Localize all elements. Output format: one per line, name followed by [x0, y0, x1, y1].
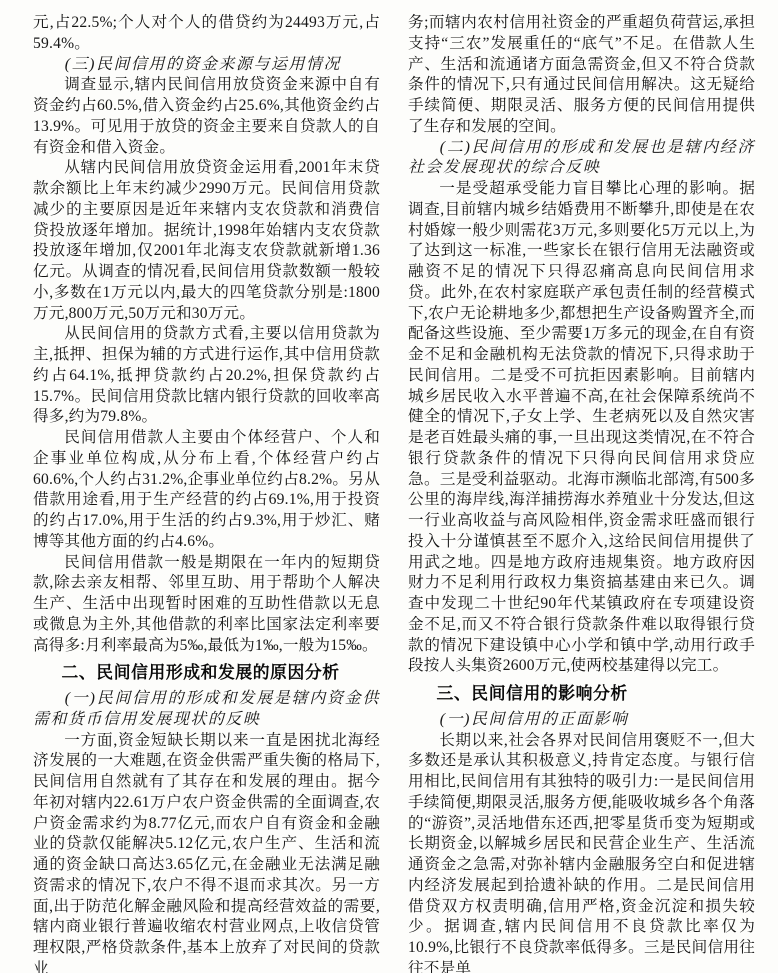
left-column: 元,占22.5%;个人对个人的借贷约为24493万元,占59.4%。 (三)民间… [33, 13, 380, 973]
paragraph: 长期以来,社会各界对民间信用褒贬不一,但大多数还是承认其积极意义,持肯定态度。与… [408, 731, 755, 973]
continued-paragraph: 务;而辖内农村信用社资金的严重超负荷营运,承担支持“三农”发展重任的“底气”不足… [408, 13, 755, 138]
paragraph: 调查显示,辖内民间信用放贷资金来源中自有资金约占60.5%,借入资金约占25.6… [33, 75, 380, 158]
section-heading: 二、民间信用形成和发展的原因分析 [33, 663, 380, 684]
subsection-heading: (一)民间信用的形成和发展是辖内资金供需和货币信用发展现状的反映 [33, 689, 380, 731]
two-column-layout: 元,占22.5%;个人对个人的借贷约为24493万元,占59.4%。 (三)民间… [33, 13, 755, 973]
paragraph: 从辖内民间信用放贷资金运用看,2001年末贷款余额比上年末约减少2990万元。民… [33, 158, 380, 324]
paragraph: 从民间信用的贷款方式看,主要以信用贷款为主,抵押、担保为辅的方式进行运作,其中信… [33, 324, 380, 428]
subsection-heading: (三)民间信用的资金来源与运用情况 [33, 55, 380, 76]
continued-paragraph: 元,占22.5%;个人对个人的借贷约为24493万元,占59.4%。 [33, 13, 380, 55]
paragraph: 民间信用借款一般是期限在一年内的短期贷款,除去亲友相帮、邻里互助、用于帮助个人解… [33, 553, 380, 657]
paragraph: 一方面,资金短缺长期以来一直是困扰北海经济发展的一大难题,在资金供需严重失衡的格… [33, 731, 380, 973]
paragraph: 民间信用借款人主要由个体经营户、个人和企事业单位构成,从分布上看,个体经营户约占… [33, 428, 380, 553]
paragraph: 一是受超承受能力盲目攀比心理的影响。据调查,目前辖内城乡结婚费用不断攀升,即使是… [408, 179, 755, 677]
subsection-heading: (一)民间信用的正面影响 [408, 710, 755, 731]
document-page: 元,占22.5%;个人对个人的借贷约为24493万元,占59.4%。 (三)民间… [0, 0, 778, 973]
section-heading: 三、民间信用的影响分析 [408, 684, 755, 705]
subsection-heading: (二)民间信用的形成和发展也是辖内经济社会发展现状的综合反映 [408, 138, 755, 180]
right-column: 务;而辖内农村信用社资金的严重超负荷营运,承担支持“三农”发展重任的“底气”不足… [408, 13, 755, 973]
